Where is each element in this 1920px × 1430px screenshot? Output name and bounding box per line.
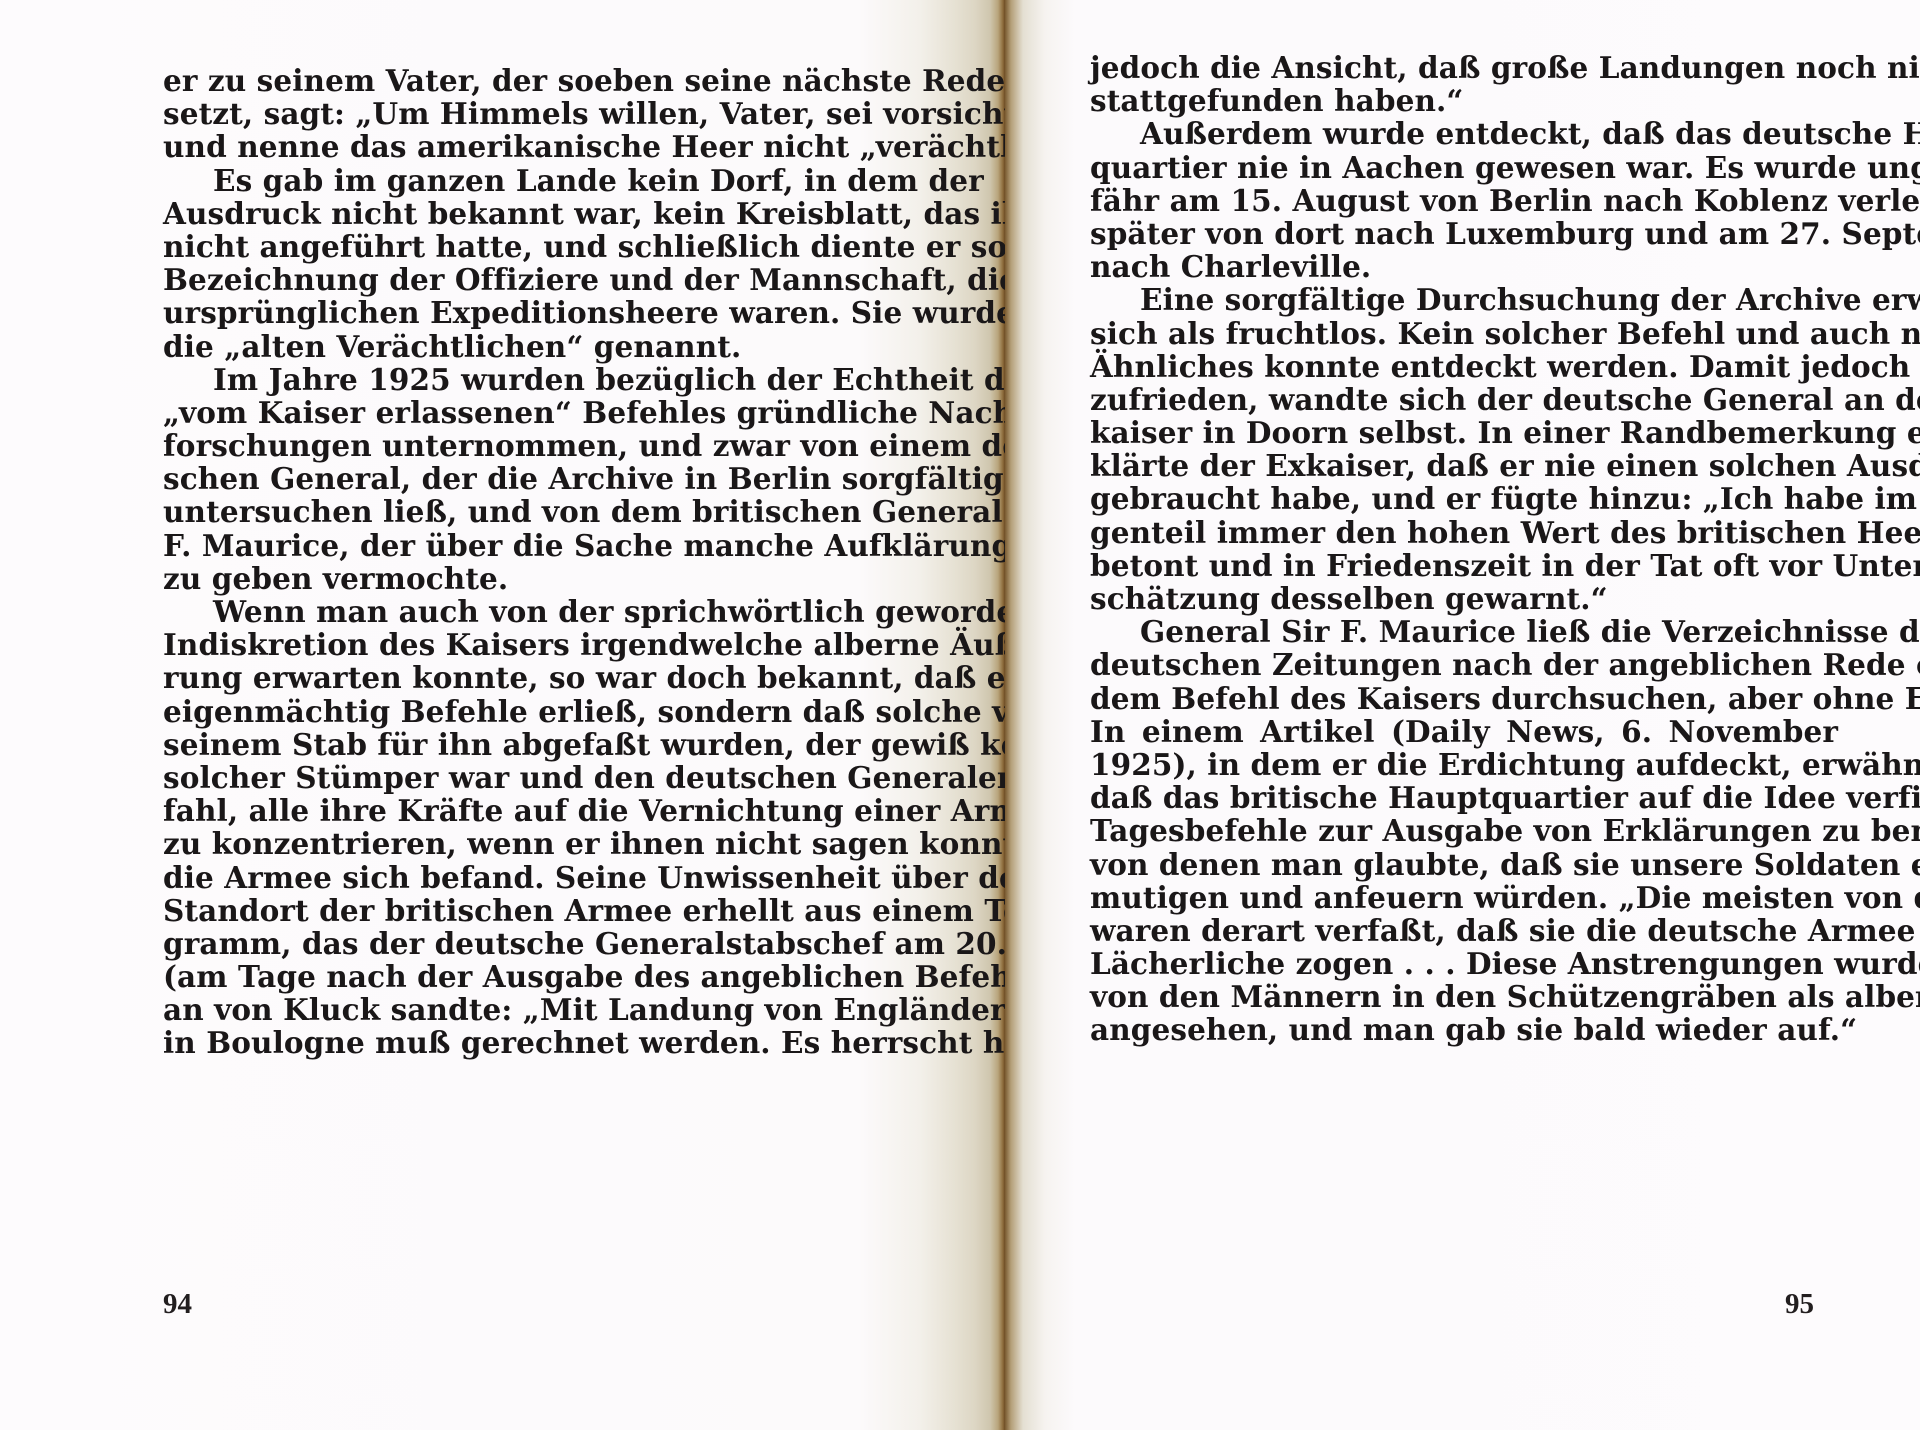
paragraph-start-line: Außerdem wurde entdeckt, daß das deutsch…: [1090, 117, 1838, 150]
text-line: eigenmächtig Befehle erließ, sondern daß…: [163, 695, 905, 728]
text-line: jedoch die Ansicht, daß große Landungen …: [1090, 51, 1838, 84]
paragraph-start-line: General Sir F. Maurice ließ die Verzeich…: [1090, 615, 1838, 648]
text-line: daß das britische Hauptquartier auf die …: [1090, 781, 1838, 814]
page-number-left: 94: [163, 1288, 192, 1321]
text-line: fähr am 15. August von Berlin nach Koble…: [1090, 184, 1838, 217]
text-line: zu geben vermochte.: [163, 562, 905, 595]
text-line: dem Befehl des Kaisers durchsuchen, aber…: [1090, 682, 1838, 715]
paragraph-start-line: Wenn man auch von der sprichwörtlich gew…: [163, 595, 905, 628]
text-line: quartier nie in Aachen gewesen war. Es w…: [1090, 151, 1838, 184]
text-line: klärte der Exkaiser, daß er nie einen so…: [1090, 449, 1838, 482]
text-line: F. Maurice, der über die Sache manche Au…: [163, 529, 905, 562]
text-line: nicht angeführt hatte, und schließlich d…: [163, 230, 905, 263]
text-line: ursprünglichen Expeditionsheere waren. S…: [163, 296, 905, 329]
text-line: „vom Kaiser erlassenen“ Befehles gründli…: [163, 396, 905, 429]
text-line: schätzung desselben gewarnt.“: [1090, 582, 1838, 615]
text-line: Tagesbefehle zur Ausgabe von Erklärungen…: [1090, 814, 1838, 847]
right-page-text: jedoch die Ansicht, daß große Landungen …: [1090, 51, 1838, 1047]
paragraph-start-line: Eine sorgfältige Durchsuchung der Archiv…: [1090, 283, 1838, 316]
text-line: forschungen unternommen, und zwar von ei…: [163, 429, 905, 462]
text-line: und nenne das amerikanische Heer nicht „…: [163, 130, 905, 163]
text-line: stattgefunden haben.“: [1090, 84, 1838, 117]
text-line: die „alten Verächtlichen“ genannt.: [163, 330, 905, 363]
text-line: zufrieden, wandte sich der deutsche Gene…: [1090, 383, 1838, 416]
text-line: sich als fruchtlos. Kein solcher Befehl …: [1090, 317, 1838, 350]
left-page-text: er zu seinem Vater, der soeben seine näc…: [163, 64, 905, 1060]
text-line: Bezeichnung der Offiziere und der Mannsc…: [163, 263, 905, 296]
text-line: mutigen und anfeuern würden. „Die meiste…: [1090, 881, 1838, 914]
text-line: die Armee sich befand. Seine Unwissenhei…: [163, 861, 905, 894]
paragraph-start-line: Es gab im ganzen Lande kein Dorf, in dem…: [163, 164, 905, 197]
text-line: an von Kluck sandte: „Mit Landung von En…: [163, 993, 905, 1026]
text-line: Standort der britischen Armee erhellt au…: [163, 894, 905, 927]
text-line: betont und in Friedenszeit in der Tat of…: [1090, 549, 1838, 582]
text-line: er zu seinem Vater, der soeben seine näc…: [163, 64, 905, 97]
text-line: zu konzentrieren, wenn er ihnen nicht sa…: [163, 827, 905, 860]
text-line: Indiskretion des Kaisers irgendwelche al…: [163, 628, 905, 661]
text-line: von denen man glaubte, daß sie unsere So…: [1090, 848, 1838, 881]
page-number-right: 95: [1785, 1288, 1814, 1321]
text-line: 1925), in dem er die Erdichtung aufdeckt…: [1090, 748, 1838, 781]
text-line: untersuchen ließ, und von dem britischen…: [163, 495, 905, 528]
text-line: deutschen Zeitungen nach der angeblichen…: [1090, 648, 1838, 681]
left-page: er zu seinem Vater, der soeben seine näc…: [0, 0, 1005, 1430]
text-line: gebraucht habe, und er fügte hinzu: „Ich…: [1090, 482, 1838, 515]
text-line: solcher Stümper war und den deutschen Ge…: [163, 761, 905, 794]
text-line: von den Männern in den Schützengräben al…: [1090, 980, 1838, 1013]
text-line: (am Tage nach der Ausgabe des angebliche…: [163, 960, 905, 993]
text-line: schen General, der die Archive in Berlin…: [163, 462, 905, 495]
text-line: rung erwarten konnte, so war doch bekann…: [163, 661, 905, 694]
text-line: angesehen, und man gab sie bald wieder a…: [1090, 1013, 1838, 1046]
text-line: Ausdruck nicht bekannt war, kein Kreisbl…: [163, 197, 905, 230]
text-line: waren derart verfaßt, daß sie die deutsc…: [1090, 914, 1838, 947]
right-page: jedoch die Ansicht, daß große Landungen …: [1005, 0, 1920, 1430]
text-line: seinem Stab für ihn abgefaßt wurden, der…: [163, 728, 905, 761]
paragraph-start-line: Im Jahre 1925 wurden bezüglich der Echth…: [163, 363, 905, 396]
text-line: nach Charleville.: [1090, 250, 1838, 283]
text-line: In einem Artikel (Daily News, 6. Novembe…: [1090, 715, 1838, 748]
text-line: setzt, sagt: „Um Himmels willen, Vater, …: [163, 97, 905, 130]
text-line: später von dort nach Luxemburg und am 27…: [1090, 217, 1838, 250]
text-line: in Boulogne muß gerechnet werden. Es her…: [163, 1026, 905, 1059]
text-line: Ähnliches konnte entdeckt werden. Damit …: [1090, 350, 1838, 383]
text-line: genteil immer den hohen Wert des britisc…: [1090, 516, 1838, 549]
text-line: Lächerliche zogen . . . Diese Anstrengun…: [1090, 947, 1838, 980]
text-line: kaiser in Doorn selbst. In einer Randbem…: [1090, 416, 1838, 449]
text-line: fahl, alle ihre Kräfte auf die Vernichtu…: [163, 794, 905, 827]
text-line: gramm, das der deutsche Generalstabschef…: [163, 927, 905, 960]
book-spread: er zu seinem Vater, der soeben seine näc…: [0, 0, 1920, 1430]
